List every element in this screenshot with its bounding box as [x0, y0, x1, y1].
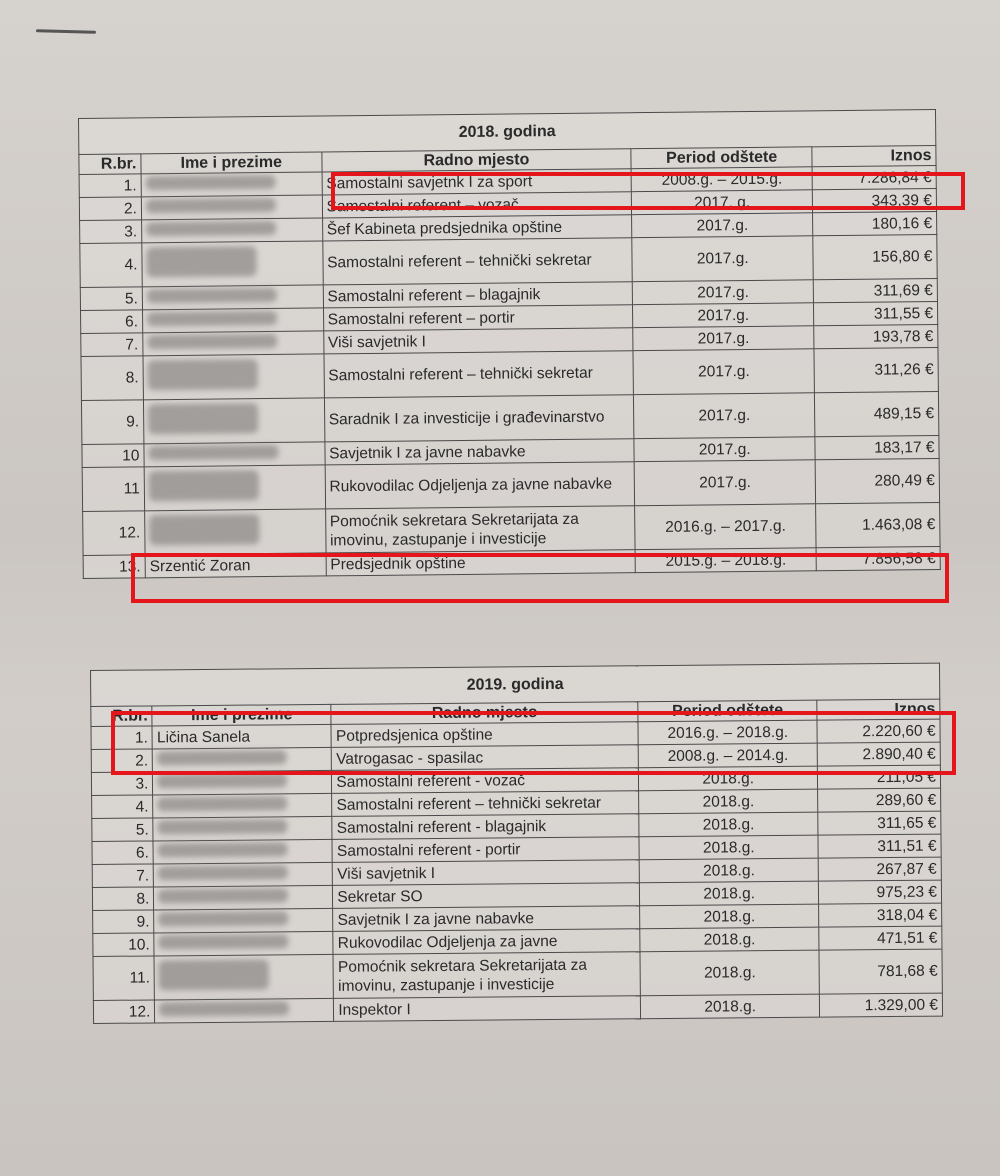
compensation-period: 2018.g. [639, 812, 818, 837]
job-title: Samostalni referent – tehnički sekretar [324, 351, 634, 398]
employee-name [155, 998, 334, 1023]
compensation-period: 2017.g. [633, 326, 814, 351]
employee-name: Srzentić Zoran [145, 553, 326, 578]
job-title: Vatrogasac - spasilac [332, 745, 639, 771]
amount: 289,60 € [818, 788, 941, 812]
row-number: 13. [83, 555, 145, 579]
compensation-period: 2017. g. [632, 190, 813, 215]
amount: 311,65 € [818, 811, 941, 835]
amount: 280,49 € [815, 459, 939, 504]
compensation-period: 2018.g. [639, 766, 818, 791]
job-title: Rukovodilac Odjeljenja za javne [333, 929, 640, 955]
redacted-name [149, 514, 259, 545]
row-number: 6. [81, 310, 143, 334]
amount: 311,55 € [814, 302, 938, 326]
employee-name [142, 308, 323, 333]
employee-name [153, 816, 332, 841]
job-title: Savjetnik I za javne nabavke [325, 439, 635, 465]
employee-name: Ličina Sanela [152, 724, 331, 749]
employee-name [153, 839, 332, 864]
compensation-period: 2017.g. [634, 437, 815, 462]
compensation-period: 2017.g. [632, 213, 813, 238]
amount: 1.329,00 € [820, 993, 943, 1017]
job-title: Rukovodilac Odjeljenja za javne nabavke [325, 462, 635, 509]
employee-name [154, 908, 333, 933]
amount: 311,69 € [813, 279, 937, 303]
redacted-name [159, 934, 289, 949]
job-title: Viši savjetnik I [333, 860, 640, 886]
row-number: 11 [82, 467, 144, 512]
amount: 311,26 € [814, 348, 938, 393]
redacted-name [158, 865, 288, 880]
compensation-period: 2018.g. [640, 950, 819, 996]
header-period: Period odštete [638, 700, 817, 722]
employee-name [153, 793, 332, 818]
employee-name [142, 285, 323, 310]
job-title: Samostalni referent – tehnički sekretar [332, 791, 639, 817]
compensation-period: 2017.g. [633, 349, 814, 395]
compensation-period: 2017.g. [634, 393, 815, 439]
row-number: 12. [83, 511, 145, 556]
redacted-name [147, 287, 277, 302]
redacted-name [158, 911, 288, 926]
job-title: Samostalni referent – tehnički sekretar [322, 238, 632, 285]
employee-name [141, 172, 322, 197]
job-title: Potpredsjenica opštine [331, 722, 638, 748]
amount: 2.890,40 € [817, 742, 940, 766]
row-number: 7. [81, 333, 143, 357]
compensation-period: 2018.g. [640, 904, 819, 929]
header-rbr: R.br. [91, 706, 153, 727]
table-body: 1.Ličina SanelaPotpredsjenica opštine201… [91, 719, 943, 1023]
compensation-period: 2016.g. – 2018.g. [638, 720, 817, 745]
employee-name [143, 354, 324, 400]
employee-name [144, 442, 325, 467]
header-name: Ime i prezime [141, 152, 322, 174]
amount: 489,15 € [814, 392, 938, 437]
job-title: Samostalni referent – blagajnik [323, 282, 633, 308]
employee-name [154, 954, 333, 1000]
header-amount: Iznos [817, 699, 940, 720]
table-2018: 2018. godina R.br. Ime i prezime Radno m… [78, 109, 941, 579]
redacted-name [157, 750, 287, 765]
employee-name [142, 218, 323, 243]
employee-name [154, 862, 333, 887]
redacted-name [158, 819, 288, 834]
job-title: Samostalni referent - vozač [332, 768, 639, 794]
compensation-period: 2017.g. [633, 280, 814, 305]
amount: 7.286,84 € [812, 166, 936, 190]
employee-name [145, 509, 326, 555]
job-title: Inspektor I [334, 996, 641, 1022]
redacted-name [146, 197, 276, 212]
row-number: 5. [80, 287, 142, 311]
row-number: 3. [80, 220, 142, 244]
redacted-name [147, 333, 277, 348]
row-number: 9. [93, 910, 155, 934]
redacted-name [147, 310, 277, 325]
compensation-period: 2008.g. – 2015.g. [631, 167, 812, 192]
compensation-period: 2017.g. [632, 236, 813, 282]
amount: 975,23 € [819, 880, 942, 904]
employee-name [154, 931, 333, 956]
compensation-period: 2018.g. [640, 927, 819, 952]
header-name: Ime i prezime [152, 704, 331, 726]
row-number: 5. [92, 818, 154, 842]
compensation-period: 2018.g. [640, 881, 819, 906]
row-number: 10 [82, 444, 144, 468]
row-number: 2. [79, 197, 141, 221]
employee-name [153, 747, 332, 772]
amount: 311,51 € [818, 834, 941, 858]
redacted-name [148, 403, 258, 434]
amount: 7.856,58 € [816, 546, 940, 570]
row-number: 12. [93, 1000, 155, 1024]
compensation-period: 2017.g. [633, 303, 814, 328]
pen-mark [36, 29, 96, 34]
job-title: Samostalni savjetnk I za sport [322, 169, 632, 195]
amount: 471,51 € [819, 926, 942, 950]
row-number: 2. [91, 749, 153, 773]
row-number: 8. [81, 356, 143, 401]
employee-name [144, 465, 325, 511]
redacted-name [149, 470, 259, 501]
job-title: Samostalni referent - blagajnik [332, 814, 639, 840]
row-number: 3. [91, 772, 153, 796]
redacted-name [158, 888, 288, 903]
amount: 193,78 € [814, 325, 938, 349]
employee-name [154, 885, 333, 910]
job-title: Saradnik I za investicije i građevinarst… [324, 395, 634, 442]
redacted-name [147, 359, 257, 390]
table-row: 11.Pomoćnik sekretara Sekretarijata za i… [93, 949, 942, 1000]
compensation-period: 2018.g. [639, 858, 818, 883]
row-number: 6. [92, 841, 154, 865]
job-title: Savjetnik I za javne nabavke [333, 906, 640, 932]
redacted-name [157, 796, 287, 811]
amount: 156,80 € [813, 235, 937, 280]
redacted-name [159, 959, 269, 990]
header-job: Radno mjesto [331, 702, 638, 725]
redacted-name [159, 1001, 289, 1016]
redacted-name [148, 444, 278, 459]
job-title: Pomoćnik sekretara Sekretarijata za imov… [333, 952, 640, 999]
amount: 343,39 € [812, 189, 936, 213]
amount: 2.220,60 € [817, 719, 940, 743]
amount: 211,05 € [818, 765, 941, 789]
row-number: 8. [92, 887, 154, 911]
compensation-period: 2016.g. – 2017.g. [635, 504, 816, 550]
employee-name [153, 770, 332, 795]
job-title: Samostalni referent - portir [332, 837, 639, 863]
header-rbr: R.br. [79, 154, 141, 175]
amount: 183,17 € [815, 436, 939, 460]
job-title: Predsjednik opštine [326, 550, 636, 576]
job-title: Samostalni referent – vozač [322, 192, 632, 218]
row-number: 4. [92, 795, 154, 819]
job-title: Šef Kabineta predsjednika opštine [322, 215, 632, 241]
row-number: 7. [92, 864, 154, 888]
compensation-period: 2015.g. – 2018.g. [635, 548, 816, 573]
employee-name [141, 195, 322, 220]
redacted-name [158, 842, 288, 857]
row-number: 1. [91, 726, 153, 750]
amount: 1.463,08 € [816, 502, 940, 547]
table-body: 1.Samostalni savjetnk I za sport2008.g. … [79, 166, 940, 579]
amount: 180,16 € [813, 212, 937, 236]
row-number: 1. [79, 174, 141, 198]
compensation-period: 2018.g. [641, 994, 820, 1019]
amount: 781,68 € [819, 949, 942, 994]
job-title: Viši savjetnik I [323, 328, 633, 354]
job-title: Pomoćnik sekretara Sekretarijata za imov… [325, 506, 635, 553]
job-title: Sekretar SO [333, 883, 640, 909]
redacted-name [146, 220, 276, 235]
job-title: Samostalni referent – portir [323, 305, 633, 331]
table-2019: 2019. godina R.br. Ime i prezime Radno m… [90, 663, 943, 1024]
redacted-name [146, 174, 276, 189]
header-period: Period odštete [631, 147, 812, 169]
amount: 318,04 € [819, 903, 942, 927]
row-number: 10. [93, 933, 155, 957]
compensation-period: 2017.g. [635, 460, 816, 506]
compensation-period: 2018.g. [639, 835, 818, 860]
row-number: 4. [80, 243, 142, 288]
header-amount: Iznos [812, 146, 936, 167]
amount: 267,87 € [818, 857, 941, 881]
employee-name [143, 331, 324, 356]
row-number: 11. [93, 956, 155, 1001]
redacted-name [146, 246, 256, 277]
compensation-period: 2018.g. [639, 789, 818, 814]
employee-name [142, 241, 323, 287]
redacted-name [157, 773, 287, 788]
employee-name [143, 398, 324, 444]
compensation-period: 2008.g. – 2014.g. [638, 743, 817, 768]
row-number: 9. [81, 400, 143, 445]
